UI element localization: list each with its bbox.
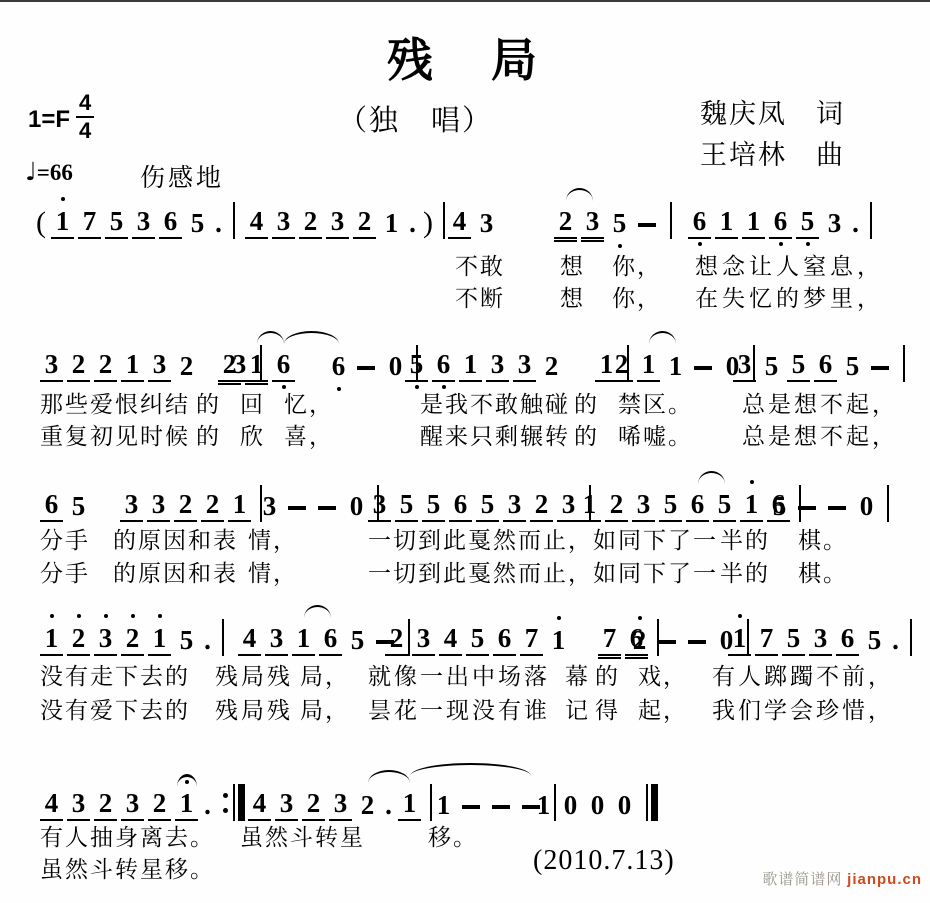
note-digit: 1 xyxy=(148,622,171,656)
lyric-segment: 戏， xyxy=(638,658,688,691)
note-digit: 5 xyxy=(67,490,90,522)
note-digit: 7 xyxy=(78,205,101,239)
note-digit: 6 xyxy=(493,622,516,656)
note-digit: 2 xyxy=(67,622,90,656)
slur-arc xyxy=(649,331,676,344)
sheet-music-page: 残 局 （独 唱） 1=F 4 4 魏庆凤 词 王培林 曲 ♩=66 伤感地 (… xyxy=(0,0,930,903)
note-digit: 1 xyxy=(40,622,63,656)
measure: 1000 xyxy=(532,784,658,821)
lyric-segment: 有人踯躅不前， xyxy=(712,658,894,691)
note-digit: 2 xyxy=(201,488,224,522)
parenthesis: ) xyxy=(422,207,434,239)
lyric-segment: 昙花一现没有谁 xyxy=(368,692,550,725)
note-digit: 2 xyxy=(175,350,198,382)
lyric-segment: 总是想不起， xyxy=(742,418,898,451)
note-digit: 7 xyxy=(598,622,621,656)
lyric-segment: 在失忆的梦里， xyxy=(695,280,884,313)
note-digit: 6 xyxy=(432,348,455,382)
note-digit: 5 xyxy=(186,207,209,239)
duration-dash xyxy=(688,640,706,644)
lyric-segment: 局， xyxy=(300,658,350,691)
note-digit: 1 xyxy=(532,789,555,821)
note-digit: 7 xyxy=(755,622,778,656)
duration-dash xyxy=(288,506,306,510)
duration-dash xyxy=(694,366,712,370)
lyric-segment: 我们学会珍惜， xyxy=(712,692,894,725)
note-digit: 2 xyxy=(530,488,553,522)
note-digit: 1 xyxy=(547,624,570,656)
note-digit: 5 xyxy=(796,205,819,239)
note-digit: 2 xyxy=(385,622,408,656)
measure: 175365. xyxy=(728,619,917,656)
note-digit: 3 xyxy=(258,490,281,522)
lyric-segment: 幕的 xyxy=(565,658,625,691)
barline xyxy=(443,202,445,239)
note-digit: 2 xyxy=(302,787,325,821)
measure: 611653. xyxy=(688,202,877,239)
lyric-segment: 那些爱恨纠结 xyxy=(40,386,190,419)
fermata-dot xyxy=(185,780,189,784)
note-digit: 5 xyxy=(782,622,805,656)
note-digit: 4 xyxy=(439,622,462,656)
note-digit: 6 xyxy=(836,622,859,656)
key-signature: 1=F xyxy=(28,106,70,134)
duration-dash xyxy=(492,805,510,809)
note-digit: 4 xyxy=(245,205,268,239)
note-digit: 6 xyxy=(814,348,837,382)
lyric-segment: 有人抽身离去。 xyxy=(40,819,215,852)
end-repeat-sign xyxy=(223,784,245,821)
note-digit: 6 xyxy=(40,488,63,522)
note-digit: 6 xyxy=(688,205,711,239)
note-digit: 5 xyxy=(466,622,489,656)
note-digit: 4 xyxy=(248,787,271,821)
note-digit: 1 xyxy=(175,787,198,821)
duration-dash xyxy=(357,366,375,370)
note-digit: 6 xyxy=(272,348,295,382)
note-digit: 1 xyxy=(432,789,455,821)
measure: 234567176 xyxy=(385,619,664,656)
note-digit: 5 xyxy=(841,350,864,382)
note-digit: 2 xyxy=(605,488,628,522)
lyric-segment: 的 xyxy=(196,386,221,419)
lyric-segment: 情， xyxy=(248,555,298,588)
note-digit: 0 xyxy=(384,350,407,382)
augmentation-dot: . xyxy=(890,624,901,656)
lyric-segment: 醒来只剩辗转 xyxy=(420,418,570,451)
measure: 30 xyxy=(258,485,384,522)
lyric-segment: 移。 xyxy=(428,819,478,852)
duration-dash xyxy=(798,506,816,510)
note-digit: 0 xyxy=(855,490,878,522)
note-digit: 1 xyxy=(292,622,315,656)
parenthesis: ( xyxy=(35,207,47,239)
time-signature-numerator: 4 xyxy=(76,90,94,116)
note-digit: 2 xyxy=(356,789,379,821)
note-digit: 3 xyxy=(733,348,756,382)
lyric-segment: 一切到此戛然而止，如同下了一 xyxy=(368,555,718,588)
lyric-segment: 想 xyxy=(560,248,585,281)
note-digit: 5 xyxy=(659,488,682,522)
watermark-site-name: 歌谱简谱网 xyxy=(762,872,847,888)
note-digit: 3 xyxy=(94,622,117,656)
augmentation-dot: . xyxy=(850,207,861,239)
note-digit: 3 xyxy=(272,205,295,239)
note-digit: 6 xyxy=(319,622,342,656)
lyric-segment: 没有爱下去的 xyxy=(40,692,190,725)
lyric-segment: 就像一出中场落 xyxy=(368,658,550,691)
note-digit: 2 xyxy=(94,348,117,382)
lyric-segment: 起， xyxy=(638,692,688,725)
lyric-segment: 的 xyxy=(574,386,599,419)
lyric-segment: 回 xyxy=(240,386,265,419)
note-digit: 3 xyxy=(823,207,846,239)
note-digit: 5 xyxy=(608,207,631,239)
lyric-segment: 唏嘘。 xyxy=(618,418,693,451)
note-digit: 1 xyxy=(740,488,763,522)
note-digit: 5 xyxy=(105,205,128,239)
lyric-segment: 忆， xyxy=(284,386,334,419)
barline xyxy=(670,202,672,239)
composition-date: (2010.7.13) xyxy=(533,845,675,877)
barline xyxy=(222,619,224,656)
augmentation-dot: . xyxy=(202,789,213,821)
composer-credit: 王培林 曲 xyxy=(700,133,845,172)
lyric-segment: 残局残 xyxy=(215,658,293,691)
slur-arc xyxy=(368,770,410,783)
note-digit: 0 xyxy=(345,490,368,522)
note-digit: 3 xyxy=(147,488,170,522)
watermark-domain: jianpu.cn xyxy=(847,871,922,888)
barline xyxy=(910,619,912,656)
lyric-segment: 情， xyxy=(248,522,298,555)
note-digit: 5 xyxy=(346,624,369,656)
note-digit: 3 xyxy=(557,488,580,522)
measure: (175365. xyxy=(35,202,240,239)
note-digit: 3 xyxy=(275,787,298,821)
lyric-segment: 记得 xyxy=(565,692,625,725)
barline xyxy=(887,485,889,522)
measure: 50 xyxy=(768,485,894,522)
note-digit: 2 xyxy=(610,348,633,382)
duration-dash xyxy=(638,223,656,227)
lyric-segment: 棋。 xyxy=(798,522,848,555)
note-digit: 1 xyxy=(715,205,738,239)
note-digit: 3 xyxy=(486,348,509,382)
slur-arc xyxy=(566,188,593,201)
note-digit: 5 xyxy=(768,490,791,522)
note-digit: 5 xyxy=(787,348,810,382)
note-digit: 0 xyxy=(586,789,609,821)
note-digit: 3 xyxy=(265,622,288,656)
note-digit: 2 xyxy=(353,205,376,239)
measure: 432321. xyxy=(40,784,245,821)
time-signature: 4 4 xyxy=(76,90,94,144)
note-digit: 7 xyxy=(520,622,543,656)
lyric-segment: 欣 xyxy=(240,418,265,451)
note-digit: 6 xyxy=(449,488,472,522)
note-digit: 3 xyxy=(513,348,536,382)
lyric-segment: 棋。 xyxy=(798,555,848,588)
note-digit: 2 xyxy=(554,205,577,239)
note-digit: 3 xyxy=(132,205,155,239)
note-digit: 1 xyxy=(228,488,251,522)
note-digit: 1 xyxy=(51,205,74,239)
note-digit: 3 xyxy=(67,787,90,821)
measure: 43235 xyxy=(448,202,677,239)
note-digit: 3 xyxy=(121,787,144,821)
lyric-segment: 不敢 xyxy=(455,248,505,281)
lyric-segment: 喜， xyxy=(284,418,334,451)
note-digit: 3 xyxy=(120,488,143,522)
note-digit: 6 xyxy=(159,205,182,239)
lyric-segment: 半的 xyxy=(720,522,770,555)
note-digit: 1 xyxy=(380,207,403,239)
lyric-segment: 禁区。 xyxy=(618,386,693,419)
note-digit: 2 xyxy=(121,622,144,656)
tempo-marking: ♩=66 xyxy=(25,157,73,186)
note-digit: 1 xyxy=(121,348,144,382)
augmentation-dot: . xyxy=(213,207,224,239)
note-digit: 1 xyxy=(398,787,421,821)
note-digit: 5 xyxy=(175,624,198,656)
note-digit: 3 xyxy=(329,787,352,821)
note-digit: 5 xyxy=(863,624,886,656)
note-digit: 2 xyxy=(218,348,241,382)
measure: 432321.) xyxy=(245,202,450,239)
slur-arc xyxy=(257,331,284,344)
slur-arc xyxy=(410,763,532,776)
lyric-segment: 局， xyxy=(300,692,350,725)
note-digit: 2 xyxy=(67,348,90,382)
lyric-segment: 虽然斗转星移。 xyxy=(40,851,215,884)
lyric-segment: 没有走下去的 xyxy=(40,658,190,691)
note-digit: 3 xyxy=(503,488,526,522)
note-digit: 1 xyxy=(742,205,765,239)
song-subtitle: （独 唱） xyxy=(338,98,493,139)
lyricist-credit: 魏庆凤 词 xyxy=(700,92,845,131)
note-digit: 6 xyxy=(769,205,792,239)
slur-arc xyxy=(698,471,725,484)
slur-arc xyxy=(304,605,331,618)
note-digit: 2 xyxy=(174,488,197,522)
note-digit: 1 xyxy=(459,348,482,382)
note-digit: 3 xyxy=(148,348,171,382)
note-digit: 3 xyxy=(412,622,435,656)
note-digit: 2 xyxy=(94,787,117,821)
lyric-segment: 虽然斗转星 xyxy=(240,819,365,852)
lyric-segment: 一切到此戛然而止，如同下了一 xyxy=(368,522,718,555)
duration-dash xyxy=(871,366,889,370)
duration-dash xyxy=(828,506,846,510)
note-digit: 2 xyxy=(628,624,651,656)
song-title: 残 局 xyxy=(0,24,930,90)
barline xyxy=(233,202,235,239)
note-digit: 3 xyxy=(581,205,604,239)
note-digit: 5 xyxy=(760,350,783,382)
augmentation-dot: . xyxy=(407,207,418,239)
note-digit: 2 xyxy=(540,350,563,382)
note-digit: 3 xyxy=(40,348,63,382)
note-digit: 3 xyxy=(326,205,349,239)
note-digit: 1 xyxy=(637,348,660,382)
note-digit: 5 xyxy=(476,488,499,522)
note-digit: 2 xyxy=(148,787,171,821)
duration-dash xyxy=(462,805,480,809)
note-digit: 1 xyxy=(245,348,268,382)
note-digit: 5 xyxy=(713,488,736,522)
lyric-segment: 的原因和表 xyxy=(113,555,238,588)
note-digit: 0 xyxy=(559,789,582,821)
lyric-segment: 分手 xyxy=(40,555,90,588)
barline xyxy=(903,345,905,382)
note-digit: 0 xyxy=(613,789,636,821)
note-digit: 6 xyxy=(686,488,709,522)
measure: 35565323 xyxy=(368,485,596,522)
note-digit: 2 xyxy=(299,205,322,239)
measure: 35565 xyxy=(733,345,910,382)
lyric-segment: 想 xyxy=(560,280,585,313)
lyric-segment: 半的 xyxy=(720,555,770,588)
expression-marking: 伤感地 xyxy=(140,158,224,194)
note-digit: 5 xyxy=(395,488,418,522)
lyric-segment: 分手 xyxy=(40,522,90,555)
lyric-segment: 总是想不起， xyxy=(742,386,898,419)
duration-dash xyxy=(318,506,336,510)
watermark: 歌谱简谱网 jianpu.cn xyxy=(762,868,922,889)
augmentation-dot: . xyxy=(383,789,394,821)
note-digit: 3 xyxy=(368,488,391,522)
note-digit: 3 xyxy=(809,622,832,656)
note-digit: 1 xyxy=(664,350,687,382)
note-digit: 5 xyxy=(405,348,428,382)
tempo-bpm: =66 xyxy=(37,160,73,185)
lyric-segment: 残局残 xyxy=(215,692,293,725)
note-digit: 4 xyxy=(238,622,261,656)
note-digit: 4 xyxy=(448,205,471,239)
note-digit: 5 xyxy=(422,488,445,522)
lyric-segment: 你， xyxy=(612,248,662,281)
lyric-segment: 是我不敢触碰 xyxy=(420,386,570,419)
slur-arc xyxy=(284,331,339,344)
measure: 6533221 xyxy=(40,485,267,522)
note-digit: 4 xyxy=(40,787,63,821)
quarter-note-icon: ♩ xyxy=(25,157,37,186)
lyric-segment: 不断 xyxy=(455,280,505,313)
measure: 21660 xyxy=(218,345,423,382)
lyric-segment: 重复初见时候 xyxy=(40,418,190,451)
lyric-segment: 的 xyxy=(574,418,599,451)
measure: 5613321 xyxy=(405,345,634,382)
lyric-segment: 的 xyxy=(196,418,221,451)
note-digit: 3 xyxy=(632,488,655,522)
lyric-segment: 想念让人窒息， xyxy=(695,248,884,281)
measure: 43232.1 xyxy=(248,784,437,821)
lyric-segment: 你， xyxy=(612,280,662,313)
final-barline xyxy=(646,784,658,821)
note-digit: 1 xyxy=(728,622,751,656)
note-digit: 1 xyxy=(578,488,601,522)
barline xyxy=(870,202,872,239)
time-signature-denominator: 4 xyxy=(76,116,94,144)
augmentation-dot: . xyxy=(202,624,213,656)
measure: 123215. xyxy=(40,619,229,656)
note-digit: 3 xyxy=(475,207,498,239)
note-digit: 6 xyxy=(327,350,350,382)
lyric-segment: 的原因和表 xyxy=(113,522,238,555)
duration-dash xyxy=(658,640,676,644)
